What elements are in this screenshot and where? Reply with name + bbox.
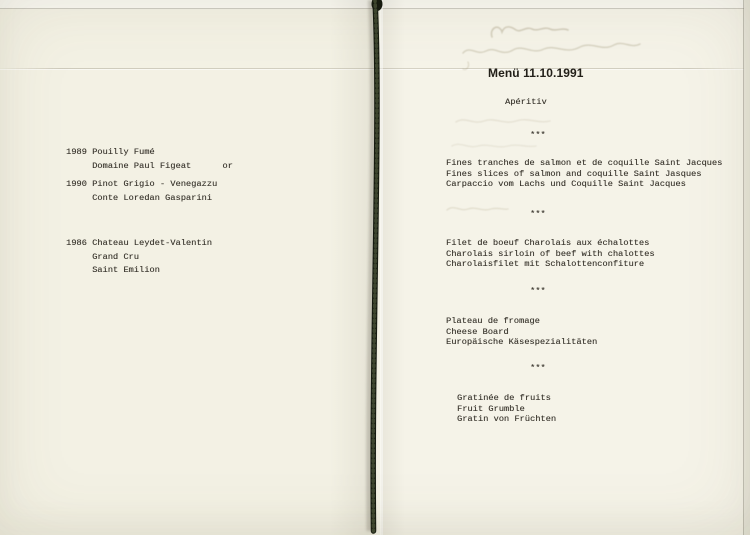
binding-cord	[0, 0, 750, 535]
scanned-menu-card: 1989 Pouilly Fumé Domaine Paul Figeat or…	[0, 0, 750, 535]
card-right-edge	[743, 0, 750, 535]
